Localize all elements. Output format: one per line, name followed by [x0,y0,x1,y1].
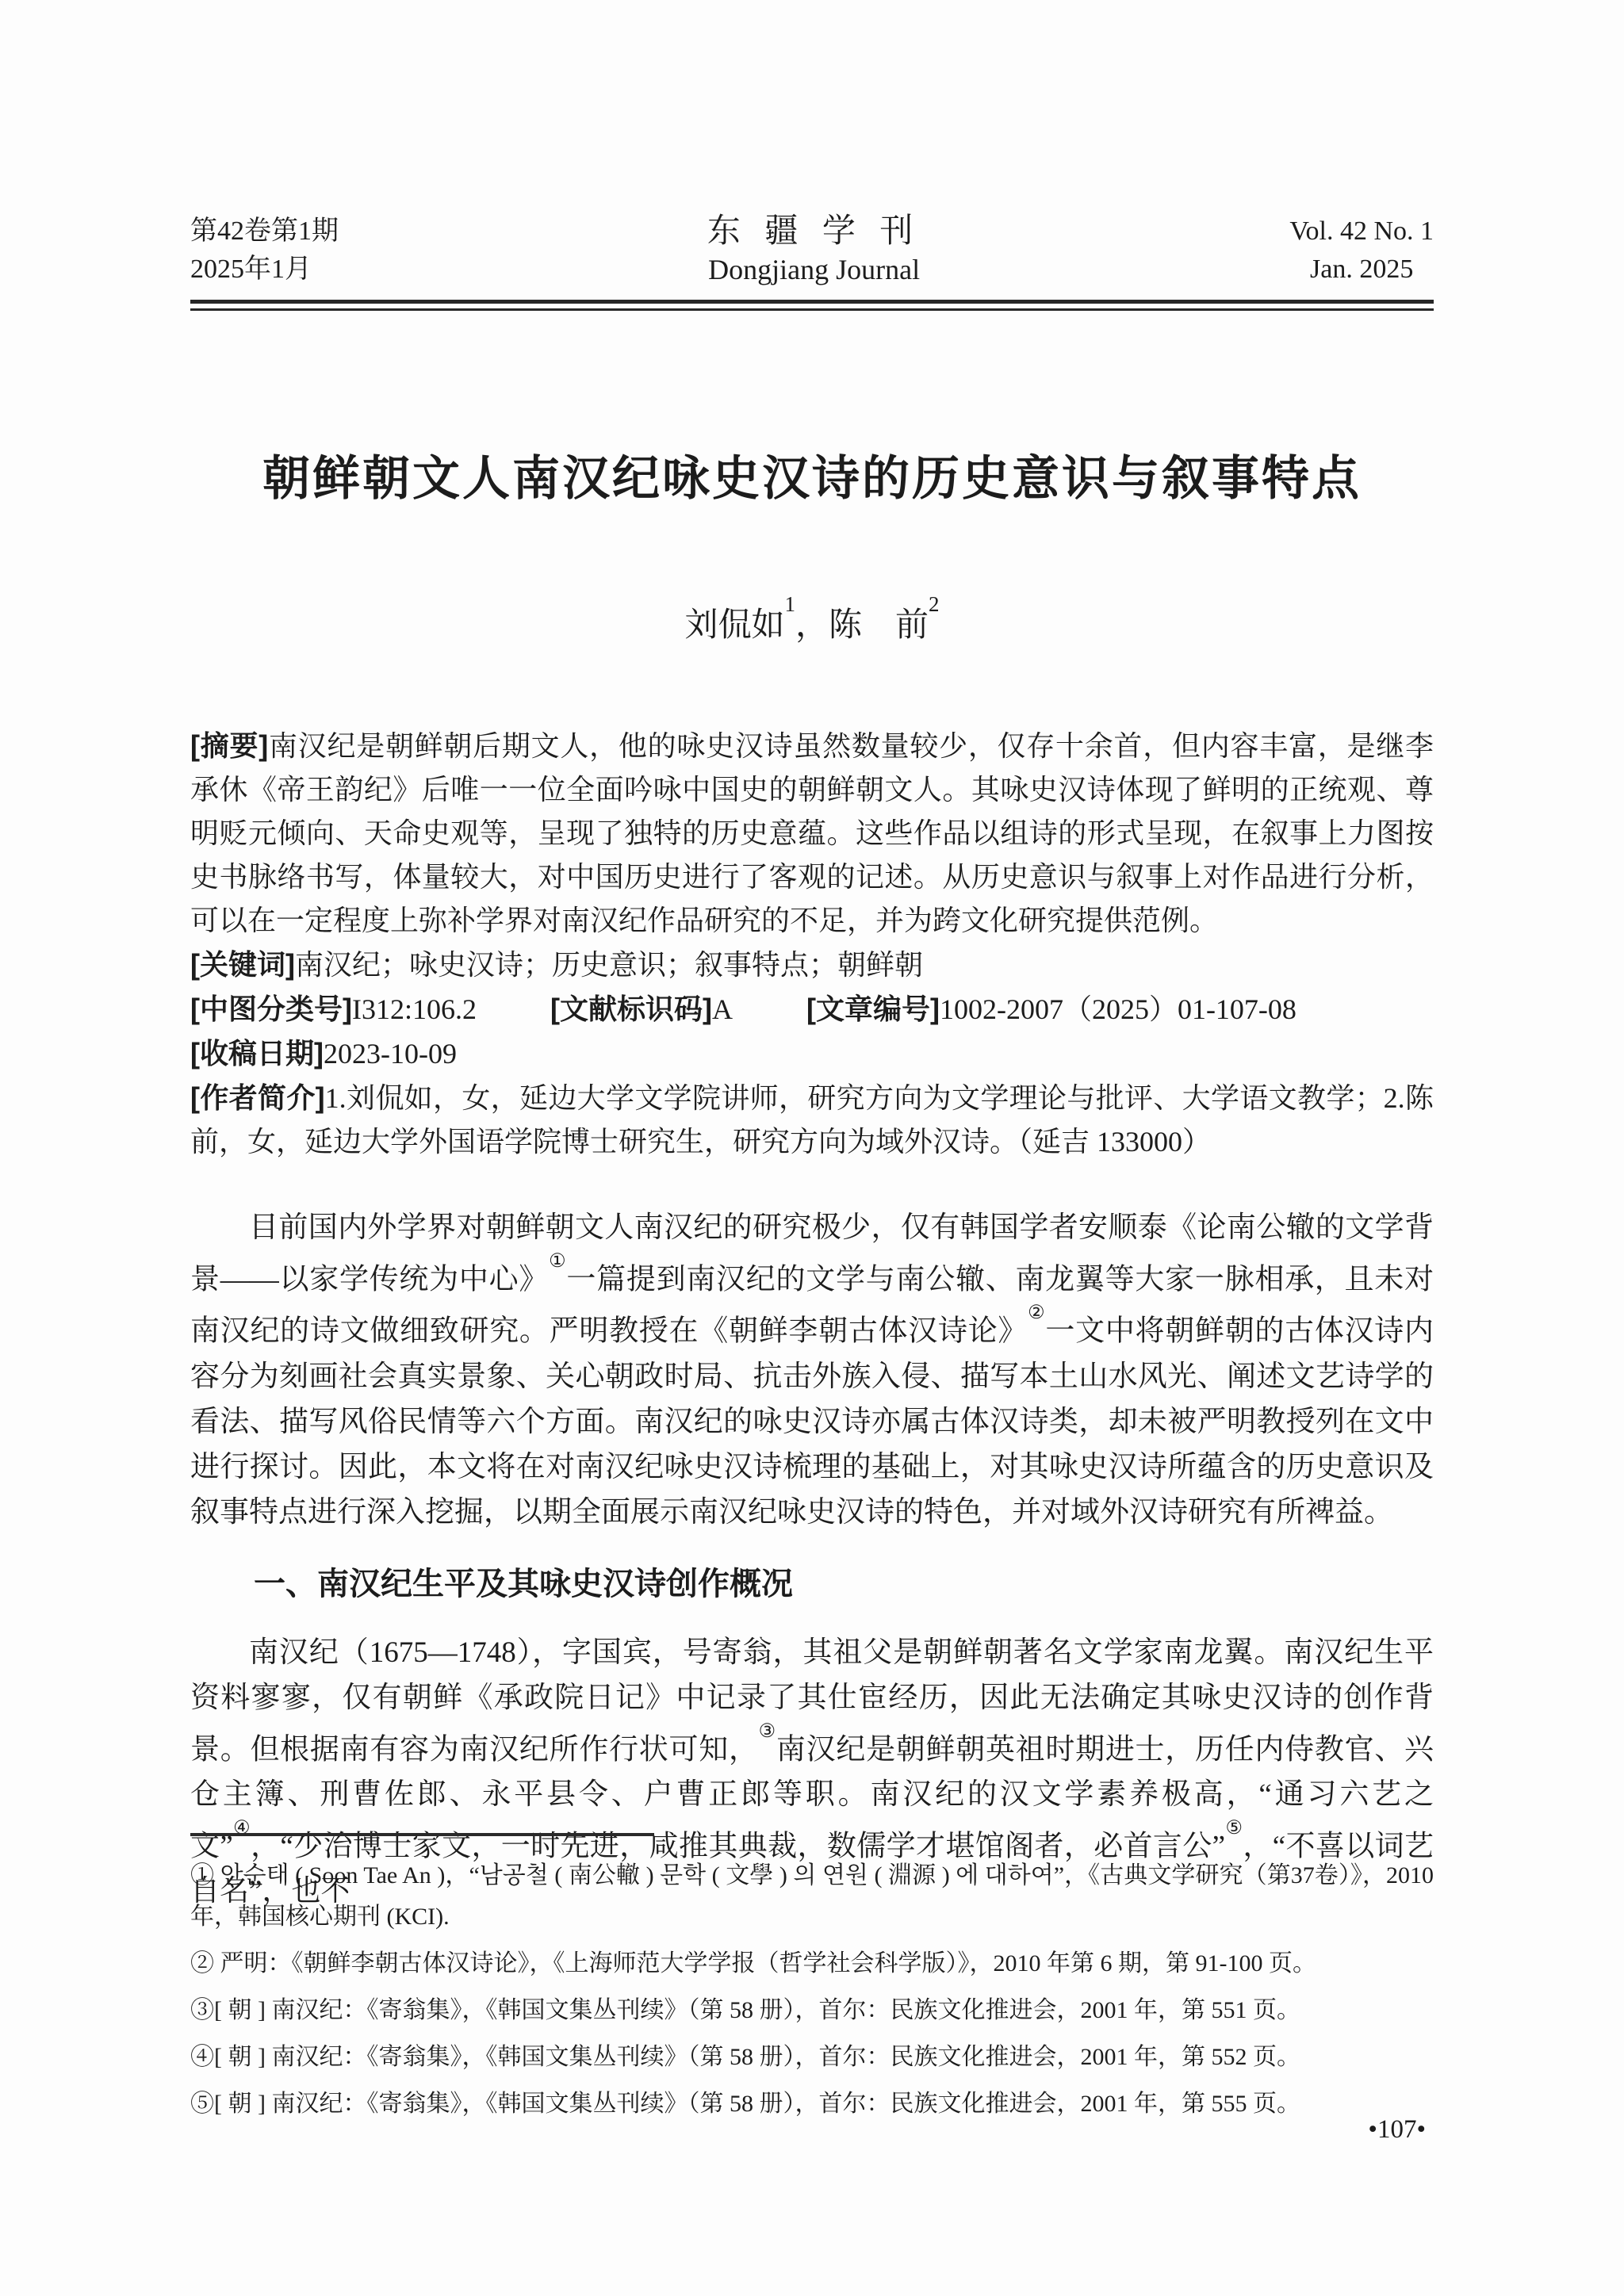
clc-pair: [中图分类号]I312:106.2 [190,993,477,1025]
keywords-label: [关键词] [190,948,295,981]
footnote-separator-rule [190,1833,654,1836]
journal-title-cn: 东 疆 学 刊 [707,212,921,251]
article-id-label: [文章编号] [806,993,940,1025]
footnote-ref-1: ① [549,1251,566,1272]
author-2-name: 陈 前 [829,607,929,644]
journal-date-en: Jan. 2025 [1289,251,1434,289]
journal-page: 第42卷第1期 2025年1月 东 疆 学 刊 Dongjiang Journa… [0,0,1624,2296]
keywords: [关键词]南汉纪；咏史汉诗；历史意识；叙事特点；朝鲜朝 [190,943,1434,987]
header-double-rule [190,300,1434,311]
footnote-ref-3: ③ [759,1721,776,1742]
doc-code-label: [文献标识码] [550,993,712,1025]
clc-label: [中图分类号] [190,993,352,1025]
journal-title-en: Dongjiang Journal [707,251,921,289]
article-id-pair: [文章编号]1002-2007（2025）01-107-08 [806,993,1297,1025]
received-date-line: [收稿日期]2023-10-09 [190,1031,1434,1076]
footnote-5: ⑤[ 朝 ] 南汉纪：《寄翁集》，《韩国文集丛刊续》（第 58 册），首尔：民族… [190,2084,1434,2125]
footnote-4: ④[ 朝 ] 南汉纪：《寄翁集》，《韩国文集丛刊续》（第 58 册），首尔：民族… [190,2037,1434,2078]
classification-line: [中图分类号]I312:106.2 [文献标识码]A [文章编号]1002-20… [190,987,1434,1031]
author-1-sup: 1 [784,592,795,616]
bio-text: 1.刘侃如，女，延边大学文学院讲师，研究方向为文学理论与批评、大学语文教学；2.… [190,1082,1434,1158]
body-paragraph-1: 目前国内外学界对朝鲜朝文人南汉纪的研究极少，仅有韩国学者安顺泰《论南公辙的文学背… [190,1205,1434,1535]
keywords-text: 南汉纪；咏史汉诗；历史意识；叙事特点；朝鲜朝 [295,949,923,981]
footnotes-block: ① 안순태 ( Soon Tae An )，“남공철 ( 南公轍 ) 문학 ( … [190,1833,1434,2130]
abstract-label: [摘要] [190,729,268,762]
doc-code-pair: [文献标识码]A [550,993,733,1025]
page-header: 第42卷第1期 2025年1月 东 疆 学 刊 Dongjiang Journa… [190,212,1434,289]
journal-volume-en: Vol. 42 No. 1 [1289,212,1434,251]
page-number: •107• [1368,2115,1426,2145]
footnote-1: ① 안순태 ( Soon Tae An )，“남공철 ( 南公轍 ) 문학 ( … [190,1855,1434,1938]
bio-label: [作者简介] [190,1081,325,1114]
authors-separator: ， [795,607,829,644]
received-label: [收稿日期] [190,1037,324,1070]
article-title: 朝鲜朝文人南汉纪咏史汉诗的历史意识与叙事特点 [190,450,1434,507]
header-right: Vol. 42 No. 1 Jan. 2025 [1289,212,1434,289]
author-bio-line: [作者简介]1.刘侃如，女，延边大学文学院讲师，研究方向为文学理论与批评、大学语… [190,1076,1434,1164]
authors-line: 刘侃如1，陈 前2 [190,595,1434,648]
abstract-text: 南汉纪是朝鲜朝后期文人，他的咏史汉诗虽然数量较少，仅存十余首，但内容丰富，是继李… [190,730,1434,936]
author-1-name: 刘侃如 [684,607,784,644]
doc-code-value: A [712,993,733,1025]
article-id-value: 1002-2007（2025）01-107-08 [940,993,1297,1025]
journal-date-cn: 2025年1月 [190,251,339,289]
section-1-heading: 一、南汉纪生平及其咏史汉诗创作概况 [190,1563,1434,1605]
footnote-ref-2: ② [1028,1303,1045,1323]
meta-block: [摘要]南汉纪是朝鲜朝后期文人，他的咏史汉诗虽然数量较少，仅存十余首，但内容丰富… [190,724,1434,1164]
header-left: 第42卷第1期 2025年1月 [190,212,339,289]
abstract: [摘要]南汉纪是朝鲜朝后期文人，他的咏史汉诗虽然数量较少，仅存十余首，但内容丰富… [190,724,1434,943]
header-center: 东 疆 学 刊 Dongjiang Journal [707,212,921,289]
clc-value: I312:106.2 [352,993,477,1025]
journal-volume-cn: 第42卷第1期 [190,212,339,251]
footnote-3: ③[ 朝 ] 南汉纪：《寄翁集》，《韩国文集丛刊续》（第 58 册），首尔：民族… [190,1990,1434,2031]
received-value: 2023-10-09 [324,1038,457,1070]
author-2-sup: 2 [929,592,940,616]
footnote-2: ② 严明：《朝鲜李朝古体汉诗论》，《上海师范大学学报（哲学社会科学版）》，201… [190,1943,1434,1984]
